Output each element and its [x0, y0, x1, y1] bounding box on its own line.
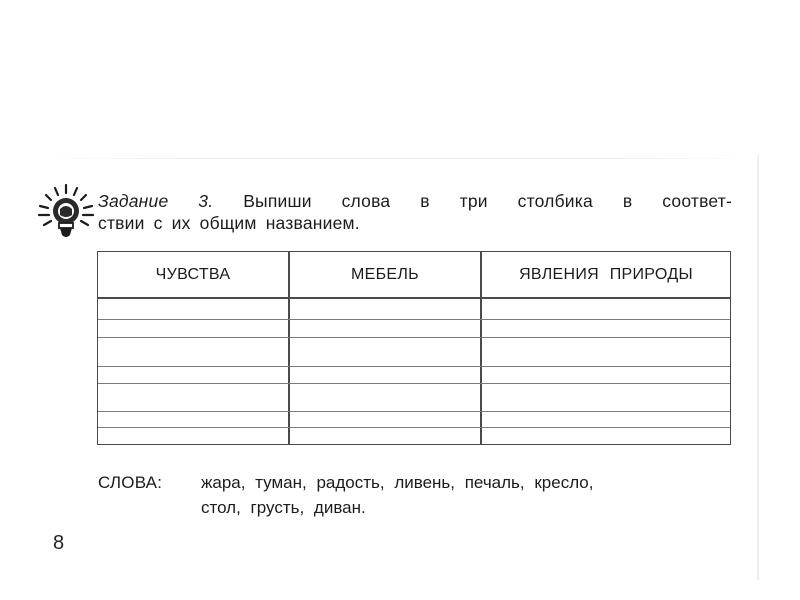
column-header-nature: ЯВЛЕНИЯ ПРИРОДЫ	[482, 252, 730, 297]
word-sort-table: ЧУВСТВА МЕБЕЛЬ ЯВЛЕНИЯ ПРИРОДЫ	[97, 251, 731, 445]
page-number: 8	[53, 532, 64, 555]
task-title: Задание 3.	[98, 191, 213, 211]
header-divider	[98, 297, 730, 299]
task-line-2: ствии с их общим названием.	[98, 212, 738, 234]
word-bank-line-2: стол, грусть, диван.	[98, 495, 593, 520]
task-line-1: Задание 3. Выпиши слова в три столбика в…	[98, 190, 732, 212]
ruled-line	[98, 319, 730, 320]
ruled-line	[98, 427, 730, 428]
ruled-line	[98, 411, 730, 412]
column-divider	[480, 252, 482, 444]
page-right-edge	[757, 155, 759, 580]
ruled-line	[98, 383, 730, 384]
word-bank: СЛОВА:жара, туман, радость, ливень, печа…	[98, 470, 593, 520]
word-bank-label: СЛОВА:	[98, 470, 201, 495]
page-top-edge	[40, 158, 756, 159]
ruled-line	[98, 366, 730, 367]
column-header-furniture: МЕБЕЛЬ	[290, 252, 480, 297]
column-header-feelings: ЧУВСТВА	[98, 252, 288, 297]
task-instruction: Задание 3. Выпиши слова в три столбика в…	[98, 190, 738, 234]
word-bank-words-1: жара, туман, радость, ливень, печаль, кр…	[201, 473, 593, 492]
word-bank-line-1: СЛОВА:жара, туман, радость, ливень, печа…	[98, 470, 593, 495]
column-divider	[288, 252, 290, 444]
lightbulb-icon	[36, 183, 96, 243]
ruled-line	[98, 337, 730, 338]
